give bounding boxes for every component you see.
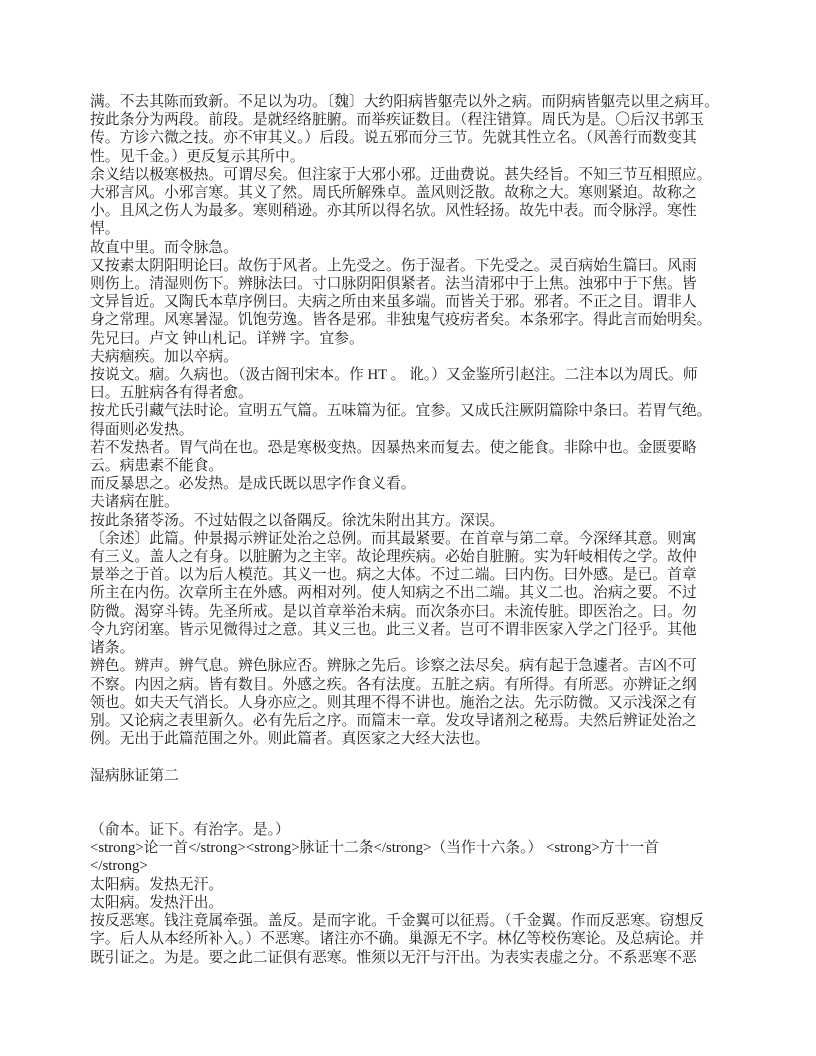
text-line: 太阳病。发热汗出。 [90, 894, 728, 912]
document-page: 满。不去其陈而致新。不足以为功。〔魏〕大约阳病皆躯壳以外之病。而阴病皆躯壳以里之… [0, 0, 816, 1056]
text-line: 景举之于首。以为后人模范。其义一也。病之大体。不过二端。曰内伤。曰外感。是已。首… [90, 566, 728, 584]
text-line: 字。后人从本经所补入。）不恶寒。诸注亦不确。巢源无不字。林亿等校伤寒论。及总病论… [90, 930, 728, 948]
text-line: 按说文。痼。久病也。（汲古阁刊宋本。作 HT 。 讹。）又金鉴所引赵注。二注本以… [90, 366, 728, 384]
text-line: 余义结以极寒极热。可谓尽矣。但注家于大邪小邪。迂曲费说。甚失经旨。不知三节互相照… [90, 166, 728, 184]
text-line: 有三义。盖人之有身。以脏腑为之主宰。故论理疾病。必始自脏腑。实为轩岐相传之学。故… [90, 548, 728, 566]
text-line: 按此条分为两段。前段。是就经络脏腑。而举疾证数目。（程注错算。周氏为是。〇后汉书… [90, 111, 728, 129]
text-line: 所主在内伤。次章所主在外感。两相对列。使人知病之不出二端。其义二也。治病之要。不… [90, 584, 728, 602]
text-line: 小。且风之伤人为最多。寒则稍逊。亦其所以得名欤。风性轻扬。故先中表。而令脉浮。寒… [90, 202, 728, 238]
text-line: 诸条。 [90, 639, 728, 657]
section-heading: 湿病脉证第二 [90, 767, 728, 785]
blank-line [90, 803, 728, 821]
blank-line [90, 785, 728, 803]
text-line: 领也。如夫天气消长。人身亦应之。则其理不得不讲也。施治之法。先示防微。又示浅深之… [90, 694, 728, 712]
text-line: 先兄曰。卢文 钟山札记。详辨 字。宜参。 [90, 330, 728, 348]
blank-line [90, 748, 728, 766]
text-line: 而反暴思之。必发热。是成氏既以思字作食义看。 [90, 475, 728, 493]
text-line: 大邪言风。小邪言寒。其义了然。周氏所解殊卓。盖风则泛散。故称之大。寒则紧迫。故称… [90, 184, 728, 202]
text-line: 若不发热者。胃气尚在也。恐是寒极变热。因暴热来而复去。使之能食。非除中也。金匮要… [90, 439, 728, 457]
text-line: 按此条猪苓汤。不过姑假之以备隅反。徐沈朱附出其方。深误。 [90, 512, 728, 530]
text-line: 故直中里。而令脉急。 [90, 239, 728, 257]
text-line: 夫诸病在脏。 [90, 493, 728, 511]
text-line: 则伤上。清湿则伤下。辨脉法曰。寸口脉阴阳俱紧者。法当清邪中于上焦。浊邪中于下焦。… [90, 275, 728, 293]
text-line: 得面则必发热。 [90, 421, 728, 439]
text-line: 按尤氏引藏气法时论。宣明五气篇。五味篇为征。宜参。又成氏注厥阴篇除中条曰。若胃气… [90, 402, 728, 420]
text-line: 辨色。辨声。辨气息。辨色脉应否。辨脉之先后。诊察之法尽矣。病有起于急遽者。吉凶不… [90, 657, 728, 675]
text-line: 别。又论病之表里新久。必有先后之序。而篇末一章。发攻导诸剂之秘焉。夫然后辨证处治… [90, 712, 728, 730]
text-line: 性。见千金。）更反复示其所中。 [90, 148, 728, 166]
text-line: 曰。五脏病各有得者愈。 [90, 384, 728, 402]
text-line: 不察。内因之病。皆有数目。外感之疾。各有法度。五脏之病。有所得。有所恶。亦辨证之… [90, 676, 728, 694]
text-block: 满。不去其陈而致新。不足以为功。〔魏〕大约阳病皆躯壳以外之病。而阴病皆躯壳以里之… [90, 93, 728, 967]
text-line: 身之常理。风寒暑湿。饥饱劳逸。皆各是邪。非独鬼气疫疠者矣。本条邪字。得此言而始明… [90, 311, 728, 329]
text-line: 例。无出于此篇范围之外。则此篇者。真医家之大经大法也。 [90, 730, 728, 748]
text-line: （俞本。证下。有治字。是。） [90, 821, 728, 839]
text-line: 令九窍闭塞。皆示见微得过之意。其义三也。此三义者。岂可不谓非医家入学之门径乎。其… [90, 621, 728, 639]
text-line: 夫病痼疾。加以卒病。 [90, 348, 728, 366]
text-line: 太阳病。发热无汗。 [90, 876, 728, 894]
text-line: <strong>论一首</strong><strong>脉证十二条</stron… [90, 839, 728, 857]
text-line: 传。方诊六微之技。亦不审其义。）后段。说五邪而分三节。先就其性立名。（风善行而数… [90, 129, 728, 147]
text-line: 满。不去其陈而致新。不足以为功。〔魏〕大约阳病皆躯壳以外之病。而阴病皆躯壳以里之… [90, 93, 728, 111]
text-line: 〔余述〕此篇。仲景揭示辨证处治之总例。而其最紧要。在首章与第二章。今深绎其意。则… [90, 530, 728, 548]
text-line: 按反恶寒。钱注竟属牵强。盖反。是而字讹。千金翼可以征焉。（千金翼。作而反恶寒。窃… [90, 912, 728, 930]
text-line: </strong> [90, 857, 728, 875]
text-line: 云。病患素不能食。 [90, 457, 728, 475]
text-line: 既引证之。为是。要之此二证俱有恶寒。惟须以无汗与汗出。为表实表虚之分。不系恶寒不… [90, 949, 728, 967]
text-line: 又按素太阴阳明论曰。故伤于风者。上先受之。伤于湿者。下先受之。灵百病始生篇曰。风… [90, 257, 728, 275]
text-line: 防微。渴穿斗铸。先圣所戒。是以首章举治未病。而次条亦曰。未流传脏。即医治之。曰。… [90, 603, 728, 621]
text-line: 文异旨近。又陶氏本草序例曰。夫病之所由来虽多端。而皆关于邪。邪者。不正之目。谓非… [90, 293, 728, 311]
